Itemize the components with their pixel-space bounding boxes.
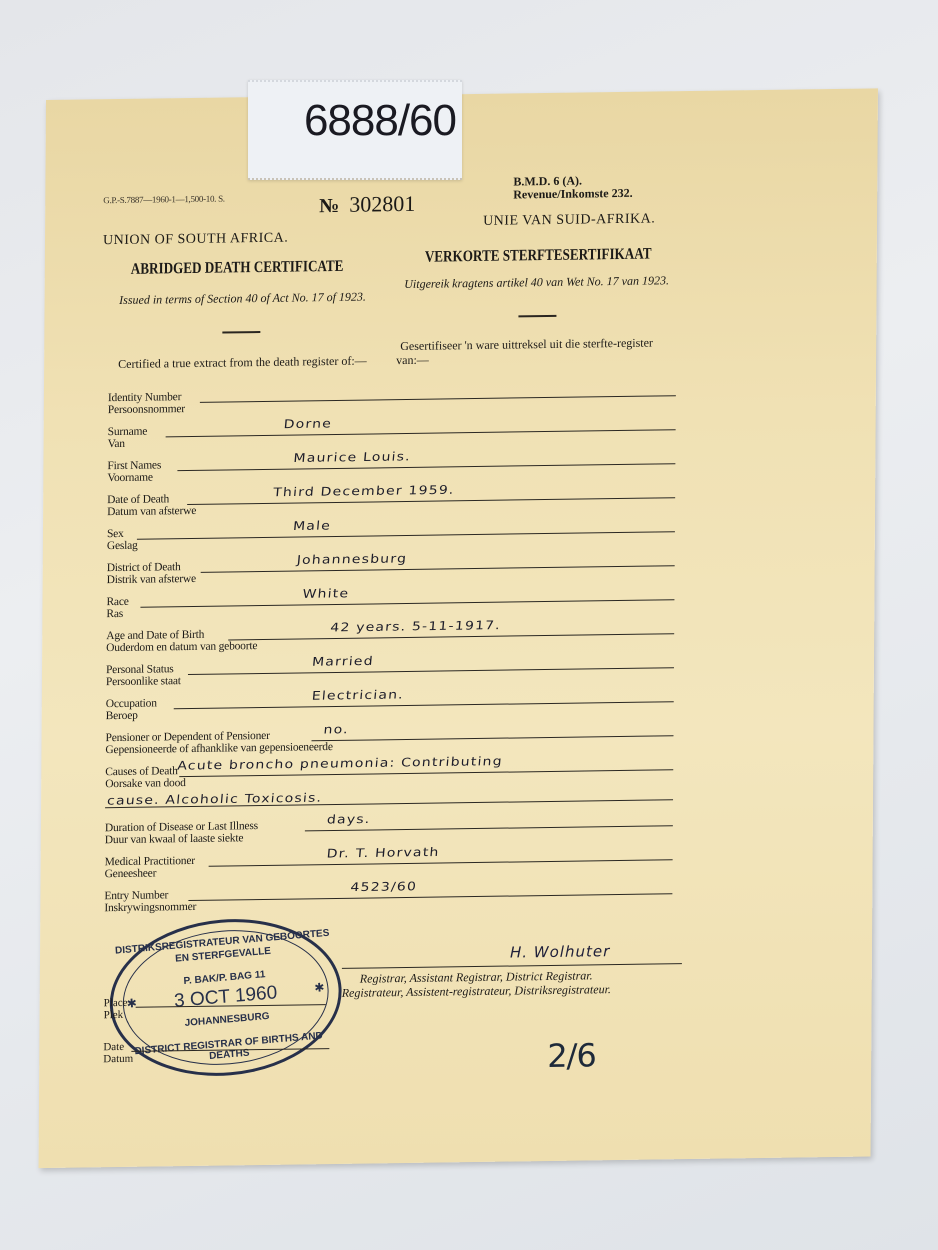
place-label: Place Plek — [104, 997, 128, 1021]
print-code: G.P.-S.7887—1960-1—1,500-10. S. — [103, 194, 225, 206]
field-label-af: Ouderdom en datum van geboorte — [106, 640, 257, 654]
field-label-af: Geslag — [107, 540, 138, 552]
field-line — [187, 497, 675, 505]
signature-line — [342, 963, 682, 969]
form-code: B.M.D. 6 (A). Revenue/Inkomste 232. — [513, 174, 633, 202]
place-af: Plek — [104, 1009, 128, 1021]
field-value: Maurice Louis. — [293, 450, 412, 465]
field-value: Male — [292, 519, 331, 533]
registrar-title-afrikaans: Registrateur, Assistent-registrateur, Di… — [342, 982, 611, 1001]
field-label-en: Sex — [107, 528, 124, 540]
field-label-en: Personal Status — [106, 663, 174, 676]
field-label-en: Race — [106, 596, 128, 608]
title-english: ABRIDGED DEATH CERTIFICATE — [131, 258, 344, 279]
date-en: Date — [103, 1041, 133, 1053]
field-label-en: District of Death — [107, 561, 181, 574]
certificate-fields: Identity NumberPersoonsnommerSurnameVanD… — [100, 377, 676, 917]
field-label-af: Beroep — [106, 710, 138, 722]
field-line — [228, 633, 674, 640]
issued-english: Issued in terms of Section 40 of Act No.… — [105, 289, 381, 307]
field-line — [174, 701, 674, 709]
field-line — [166, 429, 676, 437]
field-label-en: Causes of Death — [105, 765, 177, 778]
field-label-en: Medical Practitioner — [105, 855, 195, 868]
field-line — [200, 395, 676, 403]
divider — [518, 315, 556, 318]
fee: 2/6 — [547, 1036, 596, 1075]
field-label-af: Oorsake van dood — [105, 777, 186, 790]
field-value: 4523/60 — [350, 880, 418, 895]
field-value: days. — [326, 813, 371, 827]
field-label-af: Ras — [106, 608, 123, 620]
field-label-af: Datum van afsterwe — [107, 505, 196, 518]
certified-english: Certified a true extract from the death … — [104, 353, 384, 371]
field-value: Johannesburg — [296, 552, 408, 567]
reference-number: 6888/60 — [304, 96, 456, 146]
date-af: Datum — [103, 1053, 133, 1065]
field-value: 42 years. 5-11-1917. — [330, 619, 502, 635]
field-line — [188, 667, 674, 675]
date-label: Date Datum — [103, 1041, 133, 1065]
field-line — [177, 463, 675, 471]
field-line — [209, 859, 673, 866]
death-certificate: G.P.-S.7887—1960-1—1,500-10. S. №302801 … — [39, 88, 878, 1168]
field-label-af: Voorname — [107, 472, 153, 485]
certificate-number-value: 302801 — [349, 191, 415, 217]
country-afrikaans: UNIE VAN SUID-AFRIKA. — [483, 211, 655, 229]
divider — [222, 331, 260, 334]
field-value: Third December 1959. — [273, 483, 456, 499]
field-line — [188, 893, 672, 901]
field-line — [137, 531, 675, 540]
field-line — [311, 735, 673, 741]
number-sign: № — [319, 195, 339, 217]
country-english: UNION OF SOUTH AFRICA. — [103, 231, 288, 250]
field-label-af: Distrik van afsterwe — [107, 573, 196, 586]
field-value: Electrician. — [311, 688, 404, 703]
field-value: Married — [311, 655, 374, 669]
field-label-en: Entry Number — [104, 889, 168, 902]
field-label-en: First Names — [107, 459, 161, 472]
field-line — [140, 599, 674, 607]
field-label-af: Inskrywingsnommer — [104, 901, 196, 914]
field-label-af: Van — [108, 438, 125, 450]
field-label-af: Persoonlike staat — [106, 675, 181, 688]
registrar-signature: H. Wolhuter — [510, 942, 610, 961]
field-value: White — [302, 587, 350, 601]
field-row: Entry NumberInskrywingsnommer4523/60 — [100, 875, 672, 917]
field-value: Acute broncho pneumonia: Contributing — [177, 755, 504, 773]
field-line — [201, 565, 675, 573]
field-label-en: Identity Number — [108, 391, 181, 404]
title-afrikaans: VERKORTE STERFTESERTIFIKAAT — [425, 246, 652, 267]
field-value: Dr. T. Horvath — [326, 846, 440, 861]
certificate-number: №302801 — [319, 191, 415, 218]
field-value: Dorne — [283, 417, 333, 431]
field-label-en: Date of Death — [107, 493, 169, 506]
place-en: Place — [104, 997, 128, 1009]
field-label-af: Duur van kwaal of laaste siekte — [105, 832, 244, 846]
field-value: no. — [323, 723, 349, 737]
revenue-text: Revenue/Inkomste 232. — [513, 187, 632, 202]
field-label-af: Persoonsnommer — [108, 403, 185, 416]
field-label-af: Gepensioneerde of afhanklike van gepensi… — [105, 741, 332, 756]
issued-afrikaans: Uitgereik kragtens artikel 40 van Wet No… — [395, 273, 679, 291]
field-label-af: Geneesheer — [105, 867, 157, 880]
certified-afrikaans: Gesertifiseer 'n ware uittreksel uit die… — [396, 335, 676, 367]
registrar-stamp: DISTRIKSREGISTRATEUR VAN GEBOORTES EN ST… — [105, 910, 346, 1085]
reference-label: 6888/60 — [248, 80, 462, 180]
field-label-en: Occupation — [106, 697, 157, 710]
field-label-en: Surname — [108, 426, 148, 439]
